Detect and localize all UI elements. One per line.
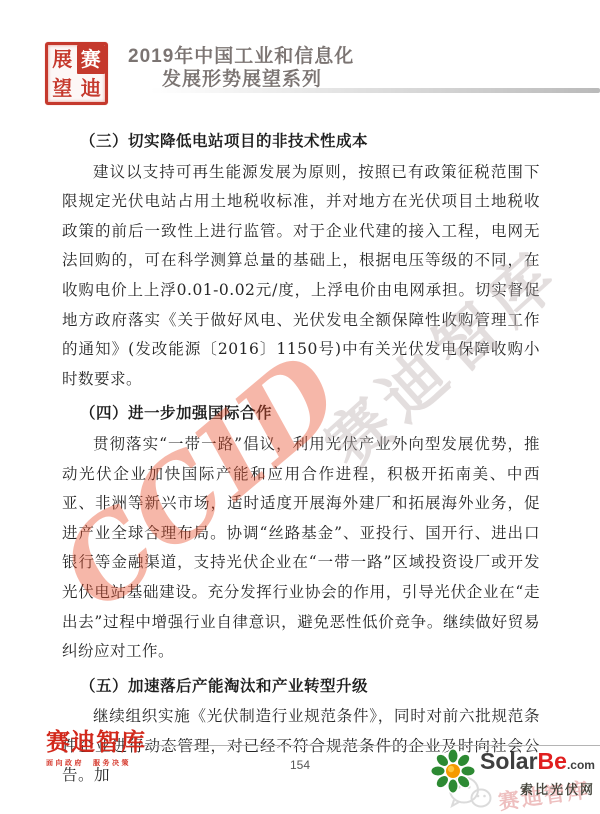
seal-char: 赛 — [77, 45, 106, 74]
series-title: 2019年中国工业和信息化 发展形势展望系列 — [128, 45, 354, 91]
section-paragraph-3: 建议以支持可再生能源发展为原则，按照已有政策征税范围下限规定光伏电站占用土地税收… — [62, 158, 540, 395]
section-paragraph-4: 贯彻落实“一带一路”倡议，利用光伏产业外向型发展优势，推动光伏企业加快国际产能和… — [62, 430, 540, 667]
document-body: （三）切实降低电站项目的非技术性成本 建议以支持可再生能源发展为原则，按照已有政… — [62, 122, 540, 791]
header-divider — [150, 88, 600, 93]
footer-divider — [130, 745, 600, 746]
document-page: 展 赛 望 迪 2019年中国工业和信息化 发展形势展望系列 （三）切实降低电站… — [0, 0, 600, 814]
section-heading-3: （三）切实降低电站项目的非技术性成本 — [62, 126, 540, 156]
section-heading-4: （四）进一步加强国际合作 — [62, 398, 540, 428]
ccid-seal-logo-icon: 展 赛 望 迪 — [45, 42, 108, 105]
solarbe-word-solar: Solar — [480, 748, 538, 774]
ccid-thinktank-logo-text: 赛迪智库 — [46, 731, 146, 755]
solarbe-wordmark: SolarBe.com — [480, 748, 595, 778]
solarbe-subtitle: 索比光伏网 — [480, 779, 595, 798]
seal-char: 望 — [48, 74, 77, 103]
seal-char: 展 — [48, 45, 77, 74]
seal-char: 迪 — [77, 74, 106, 103]
solarbe-logo: SolarBe.com 索比光伏网 — [430, 748, 595, 798]
section-heading-5: （五）加速落后产能淘汰和产业转型升级 — [62, 671, 540, 701]
solarbe-word-com: .com — [567, 758, 595, 772]
solarbe-word-be: Be — [538, 748, 567, 774]
series-title-line1: 2019年中国工业和信息化 — [128, 45, 354, 68]
solarbe-flower-icon — [430, 748, 476, 794]
